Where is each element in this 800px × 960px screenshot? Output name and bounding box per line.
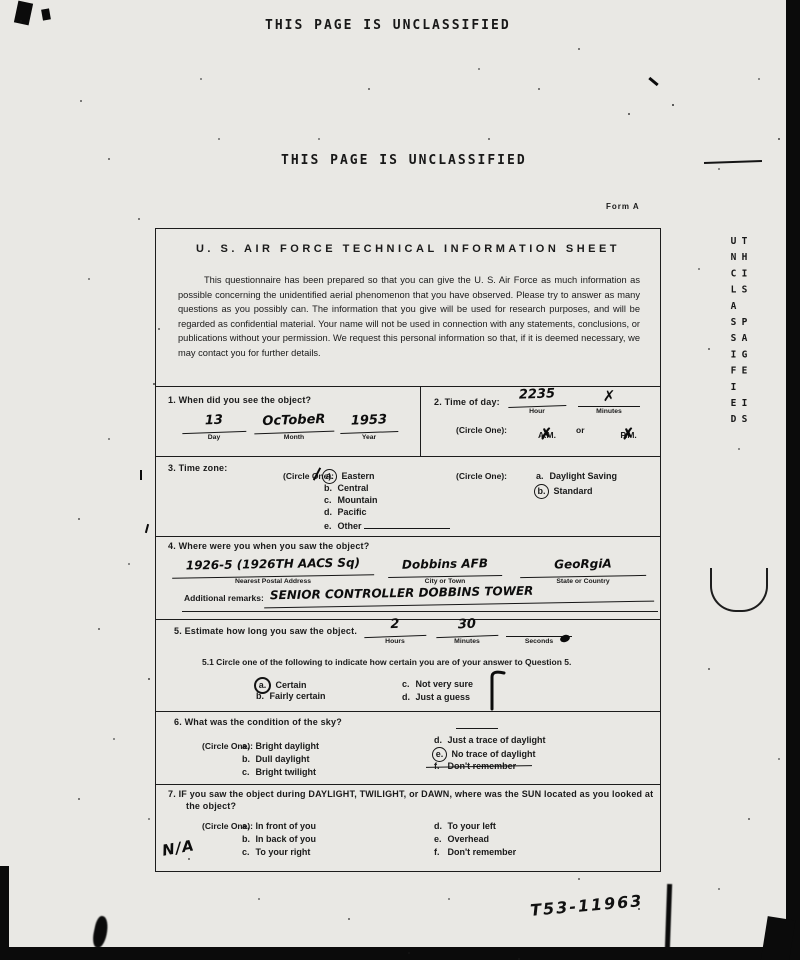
q1-month-caption: Month (254, 434, 334, 441)
q5-option-fairly-certain: b. Fairly certain (256, 691, 326, 701)
q7-label-line1: 7. IF you saw the object during DAYLIGHT… (168, 789, 656, 799)
form-border-box: U. S. AIR FORCE TECHNICAL INFORMATION SH… (155, 228, 661, 872)
q2-pm-option: P.M. ✗ (620, 430, 636, 440)
doc-number-handwritten: T53-11963 (529, 891, 644, 920)
q6-option-bright-twilight: c. Bright twilight (242, 767, 316, 777)
q7-option-in-front: a. In front of you (242, 821, 316, 831)
q1-day-caption: Day (182, 434, 246, 441)
q7-option-overhead: e. Overhead (434, 834, 489, 844)
q2-hour-caption: Hour (508, 408, 566, 415)
q5-seconds-value (506, 617, 572, 637)
q7-label-in-back: In back of you (256, 834, 317, 844)
q1-year-field: 1953 Year (340, 413, 398, 441)
q2-am-x-mark: ✗ (539, 425, 553, 444)
q3-option-other: e. Other (324, 519, 450, 531)
q1-year-caption: Year (340, 434, 398, 441)
scan-speckles (20, 20, 22, 22)
q5-hours-field: 2 Hours (364, 617, 426, 645)
q1-year-value: 1953 (340, 412, 399, 434)
small-tick-mark (140, 470, 142, 480)
q5-option-just-a-guess: d. Just a guess (402, 692, 470, 702)
handwritten-bracket-mark (486, 667, 508, 711)
scan-edge-bottom-left (0, 866, 9, 960)
q7-option-dont-remember: f. Don't remember (434, 847, 516, 857)
divider (156, 536, 660, 537)
q5-label-just-a-guess: Just a guess (416, 692, 471, 702)
q6-option-dull-daylight: b. Dull daylight (242, 754, 310, 764)
q5-label-fairly-certain: Fairly certain (270, 691, 326, 701)
q5-label-certain: Certain (276, 680, 307, 690)
q3-key-b-circled: b. (534, 484, 549, 499)
q3-key-a-circled: a. (322, 469, 337, 484)
q4-remarks-value: SENIOR CONTROLLER DOBBINS TOWER (264, 582, 654, 609)
scan-mark-top-left-2 (41, 8, 51, 20)
q1-month-field: OcTobeR Month (254, 413, 334, 441)
q6-label-dull-daylight: Dull daylight (256, 754, 310, 764)
staple-arc-mark (710, 568, 768, 612)
q7-label-dont-remember: Don't remember (448, 847, 517, 857)
q2-label: 2. Time of day: (434, 397, 500, 407)
q6-key-e-circled: e. (432, 747, 447, 762)
q1-label: 1. When did you see the object? (168, 395, 311, 405)
q7-label-to-left: To your left (448, 821, 496, 831)
q4-address-value: 1926-5 (1926TH AACS Sq) (172, 555, 374, 579)
q3-option-pacific: d. Pacific (324, 507, 367, 517)
q5-label: 5. Estimate how long you saw the object. (174, 626, 357, 636)
q5-1-label: 5.1 Circle one of the following to indic… (202, 657, 571, 667)
q3-label-other: Other (338, 521, 362, 531)
q4-state-field: GeoRgiA State or Country (520, 557, 646, 585)
q3-option-standard: b. Standard (534, 484, 593, 499)
q3-label-pacific: Pacific (338, 507, 367, 517)
q6-label-bright-twilight: Bright twilight (256, 767, 317, 777)
classification-stamp-top: THIS PAGE IS UNCLASSIFIED (265, 18, 511, 33)
divider-vertical (420, 386, 421, 456)
q3-label-central: Central (338, 483, 369, 493)
q3-other-blank-line (364, 519, 450, 529)
q5-label-not-very-sure: Not very sure (416, 679, 474, 689)
classification-stamp-vertical: THIS PAGE IS UNCLASSIFIED (728, 236, 750, 578)
q2-am-option: A.M. ✗ (538, 430, 556, 440)
q3-circle-one-right: (Circle One): (456, 471, 507, 481)
q3-option-mountain: c. Mountain (324, 495, 378, 505)
q1-day-field: 13 Day (182, 413, 246, 441)
scan-edge-bottom (0, 947, 800, 960)
q2-or-text: or (576, 425, 585, 435)
q4-city-value: Dobbins AFB (388, 556, 502, 578)
scan-blob (91, 915, 110, 949)
q3-label: 3. Time zone: (168, 463, 227, 473)
small-tick-mark-2 (145, 524, 149, 533)
q4-city-field: Dobbins AFB City or Town (388, 557, 502, 585)
q1-day-value: 13 (182, 412, 247, 434)
q1-month-value: OcTobeR (254, 412, 335, 435)
q7-option-to-left: d. To your left (434, 821, 496, 831)
q5-hours-caption: Hours (364, 638, 426, 645)
form-intro-paragraph: This questionnaire has been prepared so … (178, 273, 640, 361)
small-mark (648, 77, 658, 86)
q2-pm-x-mark: ✗ (621, 425, 635, 444)
q2-circle-one: (Circle One): (456, 425, 507, 435)
q5-hours-value: 2 (364, 616, 427, 638)
q7-option-to-right: c. To your right (242, 847, 310, 857)
q4-remarks-field: SENIOR CONTROLLER DOBBINS TOWER (264, 585, 654, 605)
q6-option-trace-daylight: d. Just a trace of daylight (434, 735, 546, 745)
q4-remarks-blank-line2 (182, 611, 658, 612)
scan-mark-top-left (14, 1, 33, 26)
q5-minutes-value: 30 (436, 616, 499, 638)
q2-minutes-field: ✗ Minutes (578, 387, 640, 415)
scan-smudge-bottom-right (761, 916, 796, 960)
q4-state-value: GeoRgiA (520, 556, 646, 578)
q6-option-no-trace-daylight: e. No trace of daylight (432, 747, 536, 762)
q5-minutes-caption: Minutes (436, 638, 498, 645)
q4-address-caption: Nearest Postal Address (172, 578, 374, 585)
divider (156, 711, 660, 712)
q3-label-daylight-saving: Daylight Saving (550, 471, 618, 481)
q6-label-no-trace-daylight: No trace of daylight (452, 749, 536, 759)
q7-option-in-back: b. In back of you (242, 834, 316, 844)
q3-label-standard: Standard (554, 486, 593, 496)
q2-minutes-caption: Minutes (578, 408, 640, 415)
q4-remarks-label: Additional remarks: (184, 593, 264, 603)
q5-minutes-field: 30 Minutes (436, 617, 498, 645)
scan-edge-right (786, 0, 800, 960)
q3-label-mountain: Mountain (338, 495, 378, 505)
q6-label-bright-daylight: Bright daylight (256, 741, 320, 751)
classification-stamp-mid: THIS PAGE IS UNCLASSIFIED (281, 153, 527, 168)
q3-option-central: b. Central (324, 483, 369, 493)
q7-label-overhead: Overhead (448, 834, 490, 844)
q6-label-trace-daylight: Just a trace of daylight (448, 735, 546, 745)
form-a-label: Form A (606, 202, 640, 211)
q3-option-daylight-saving: a. Daylight Saving (536, 471, 617, 481)
divider (156, 784, 660, 785)
q5-option-not-very-sure: c. Not very sure (402, 679, 473, 689)
q6-label: 6. What was the condition of the sky? (174, 717, 342, 727)
q4-label: 4. Where were you when you saw the objec… (168, 541, 369, 551)
q3-label-eastern: Eastern (342, 471, 375, 481)
pen-dash-mark (456, 728, 498, 729)
q3-option-eastern: a. Eastern (322, 469, 375, 484)
q7-label-line2: the object? (186, 801, 236, 811)
q2-hour-field: 2235 Hour (508, 387, 566, 415)
scanned-document-page: THIS PAGE IS UNCLASSIFIED THIS PAGE IS U… (0, 0, 800, 960)
q4-address-field: 1926-5 (1926TH AACS Sq) Nearest Postal A… (172, 557, 374, 585)
q6-option-bright-daylight: a. Bright daylight (242, 741, 319, 751)
form-title: U. S. AIR FORCE TECHNICAL INFORMATION SH… (156, 243, 660, 255)
scan-streak (665, 884, 672, 950)
q7-label-in-front: In front of you (256, 821, 317, 831)
q7-label-to-right: To your right (256, 847, 311, 857)
q7-na-handwritten: N/A (161, 836, 196, 859)
q2-minutes-x-mark: ✗ (578, 387, 640, 407)
divider (156, 456, 660, 457)
q2-hour-value: 2235 (508, 386, 567, 408)
pen-line-mark (704, 160, 762, 164)
